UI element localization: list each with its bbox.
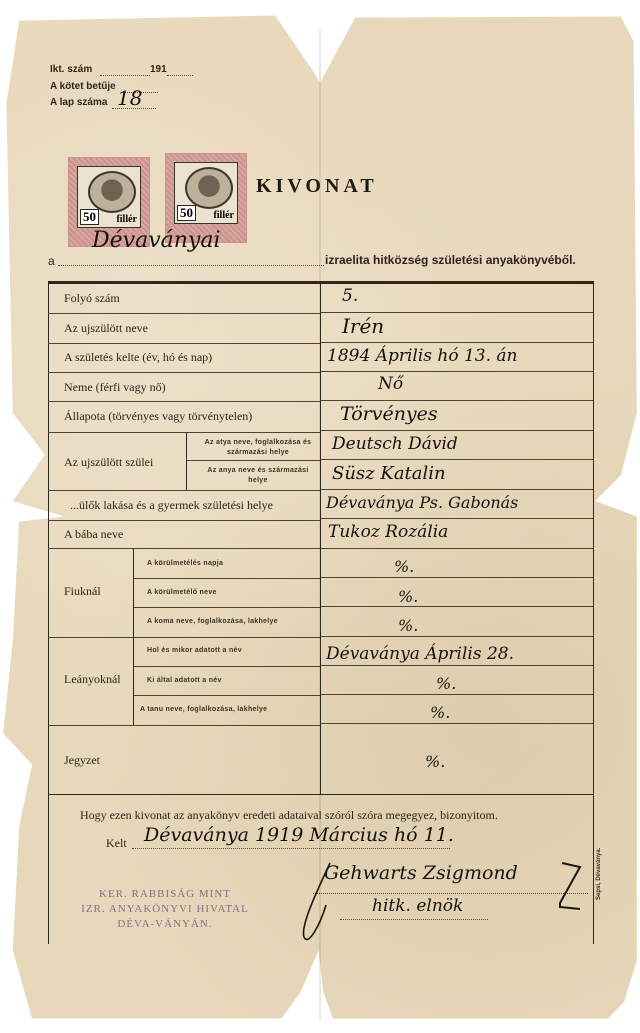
boys-sublabel-circumcision-date: A körülmetélés napja: [147, 560, 223, 567]
row-divider: [321, 548, 593, 549]
girls-label: Leányoknál: [64, 672, 121, 687]
stamp-currency: fillér: [213, 210, 234, 221]
value-boys-circumciser: %.: [398, 587, 418, 606]
row-divider: [48, 343, 320, 344]
row-divider: [48, 432, 320, 433]
row-divider: [321, 606, 593, 607]
row-divider: [48, 372, 320, 373]
row-divider: [321, 518, 593, 519]
row-label-szuletes-kelte: A születés kelte (év, hó és nap): [64, 350, 212, 365]
row-divider: [321, 694, 593, 695]
row-label-neme: Neme (férfi vagy nő): [64, 380, 166, 395]
document-title: KIVONAT: [256, 175, 378, 198]
row-divider: [321, 459, 593, 460]
row-divider: [321, 312, 593, 313]
value-residence: Dévaványa Ps. Gabonás: [326, 493, 518, 512]
value-allapota: Törvényes: [340, 403, 438, 425]
subtitle-prefix: a: [48, 254, 55, 268]
lap-szama-label: A lap száma: [50, 97, 107, 108]
office-stamp-line1: KER. RABBISÁG MINT: [70, 887, 260, 902]
certification-statement: Hogy ezen kivonat az anyakönyv eredeti a…: [80, 808, 498, 823]
father-sublabel: Az atya neve, foglalkozása és származási…: [198, 438, 318, 458]
stamp-inner: 50 fillér: [174, 162, 238, 224]
value-boys-circumcision-date: %.: [394, 557, 414, 576]
office-stamp: KER. RABBISÁG MINT IZR. ANYAKÖNYVI HIVAT…: [70, 887, 260, 932]
notes-label: Jegyzet: [64, 753, 100, 768]
row-divider: [321, 371, 593, 372]
ikt-szam-year-prefix: 191: [150, 64, 167, 75]
parents-subcolumn-divider: [186, 432, 187, 490]
girls-sublabel-witness: A tanu neve, foglalkozása, lakhelye: [140, 706, 267, 713]
table-left-border: [48, 284, 49, 794]
stamp-currency: fillér: [116, 214, 137, 225]
subtitle-suffix: izraelita hitközség születési anyakönyvé…: [325, 253, 576, 267]
community-handwritten: Dévaványai: [92, 228, 221, 253]
table-middle-border: [320, 284, 321, 794]
row-divider: [321, 400, 593, 401]
row-label-ujszulott-neve: Az ujszülött neve: [64, 321, 148, 336]
girls-sublabel-by-whom: Ki által adatott a név: [147, 677, 222, 684]
row-label-allapota: Állapota (törvényes vagy törvénytelen): [64, 409, 252, 424]
kelt-label: Kelt: [106, 836, 127, 851]
cert-left-border: [48, 794, 49, 944]
row-label-folyo-szam: Folyó szám: [64, 291, 120, 306]
row-divider: [48, 490, 320, 491]
row-divider: [321, 430, 593, 431]
ikt-szam-line: [100, 75, 150, 76]
row-divider: [48, 725, 320, 726]
row-divider: [186, 460, 320, 461]
value-midwife: Tukoz Rozália: [328, 522, 448, 542]
mother-sublabel: Az anya neve és származási helye: [198, 466, 318, 486]
row-divider: [321, 489, 593, 490]
boys-girls-subcolumn-divider: [133, 548, 134, 725]
row-divider: [321, 636, 593, 637]
signature-flourish-icon: [290, 855, 590, 950]
stamp-value: 50: [80, 209, 99, 225]
ikt-szam-year-line: [167, 75, 193, 76]
table-bottom-border: [48, 794, 594, 795]
value-neme: Nő: [378, 374, 403, 394]
value-ujszulott-neve: Irén: [342, 314, 384, 338]
midwife-label: A bába neve: [64, 527, 123, 542]
boys-sublabel-godfather: A koma neve, foglalkozása, lakhelye: [147, 618, 278, 625]
ikt-szam-label: Ikt. szám: [50, 64, 92, 75]
row-divider: [321, 577, 593, 578]
office-stamp-line3: DÉVA-VÁNYÁN.: [70, 917, 260, 932]
value-notes: %.: [425, 752, 445, 771]
value-szuletes-kelte: 1894 Április hó 13. án: [327, 346, 518, 366]
row-divider: [321, 342, 593, 343]
row-divider: [133, 666, 320, 667]
row-divider: [133, 578, 320, 579]
row-divider: [133, 607, 320, 608]
kelt-value: Dévaványa 1919 Március hó 11.: [144, 824, 454, 846]
row-divider: [48, 313, 320, 314]
lap-szama-value: 18: [117, 86, 142, 110]
boys-sublabel-circumciser: A körülmetélő neve: [147, 589, 217, 596]
row-divider: [321, 723, 593, 724]
community-line: [58, 265, 324, 266]
table-right-border: [593, 284, 594, 944]
horseman-emblem-icon: [185, 167, 233, 209]
residence-label: ...ülők lakása és a gyermek születési he…: [70, 498, 273, 513]
row-divider: [48, 548, 320, 549]
value-father: Deutsch Dávid: [332, 434, 458, 454]
stamp-value: 50: [177, 205, 196, 221]
row-divider: [48, 637, 320, 638]
value-boys-godfather: %.: [398, 616, 418, 635]
row-divider: [321, 665, 593, 666]
girls-sublabel-where-when: Hol és mikor adatott a név: [147, 647, 242, 654]
value-girls-where-when: Dévaványa Április 28.: [326, 644, 514, 664]
row-divider: [133, 695, 320, 696]
table-top-rule: [48, 281, 594, 284]
boys-label: Fiuknál: [64, 584, 101, 599]
value-folyo-szam: 5.: [342, 286, 358, 306]
stamp-inner: 50 fillér: [77, 166, 141, 228]
office-stamp-line2: IZR. ANYAKÖNYVI HIVATAL: [70, 902, 260, 917]
value-girls-witness: %.: [430, 703, 450, 722]
kelt-line: [132, 848, 450, 849]
row-divider: [48, 401, 320, 402]
row-divider: [48, 520, 320, 521]
parents-label: Az ujszülött szülei: [64, 455, 153, 470]
value-mother: Süsz Katalin: [332, 463, 446, 484]
value-girls-by-whom: %.: [436, 674, 456, 693]
kotet-betuje-label: A kötet betűje: [50, 81, 116, 92]
printer-imprint: Sepsi, Dévaványa.: [596, 848, 602, 900]
horseman-emblem-icon: [88, 171, 136, 213]
